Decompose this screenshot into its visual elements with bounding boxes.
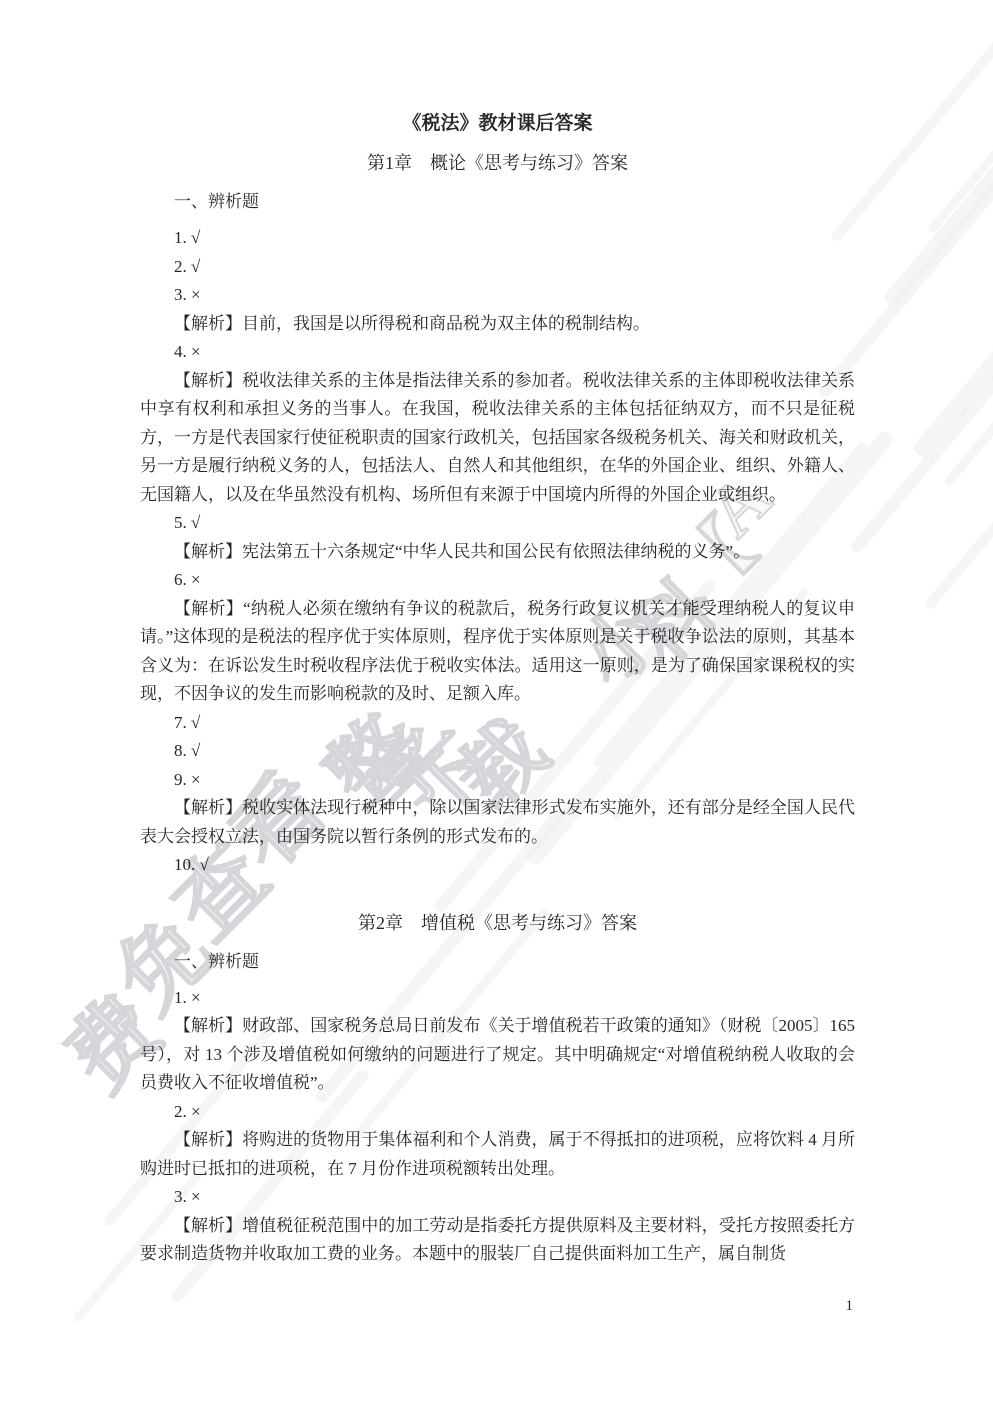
analysis-paragraph: 【解析】财政部、国家税务总局日前发布《关于增值税若干政策的通知》（财税〔2005… [140,1012,855,1098]
answer-line: 1. √ [140,224,855,253]
answer-line: 8. √ [140,737,855,766]
answer-line: 10. √ [140,851,855,880]
analysis-paragraph: 【解析】将购进的货物用于集体福利和个人消费，属于不得抵扣的进项税，应将饮料 4 … [140,1126,855,1183]
section-label: 一、辨析题 [140,948,855,976]
chapter-paragraphs: 1. ×【解析】财政部、国家税务总局日前发布《关于增值税若干政策的通知》（财税〔… [140,984,855,1269]
answer-line: 9. × [140,766,855,795]
answer-line: 7. √ [140,709,855,738]
section-label: 一、辨析题 [140,188,855,216]
document-title: 《税法》教材课后答案 [140,112,855,136]
document-content: 《税法》教材课后答案 第1章 概论《思考与练习》答案 一、辨析题 1. √2. … [0,0,993,1269]
document-page: 费免查看整学下载小科【A 《税法》教材课后答案 第1章 概论《思考与练习》答案 … [0,0,993,1404]
analysis-paragraph: 【解析】目前，我国是以所得税和商品税为双主体的税制结构。 [140,310,855,339]
chapter: 第2章 增值税《思考与练习》答案 一、辨析题 1. ×【解析】财政部、国家税务总… [140,910,855,1269]
answer-line: 3. × [140,281,855,310]
answer-line: 3. × [140,1183,855,1212]
answer-line: 1. × [140,984,855,1013]
answer-line: 5. √ [140,509,855,538]
analysis-paragraph: 【解析】增值税征税范围中的加工劳动是指委托方提供原料及主要材料，受托方按照委托方… [140,1212,855,1269]
chapters-container: 第1章 概论《思考与练习》答案 一、辨析题 1. √2. √3. ×【解析】目前… [140,150,855,1269]
page-number: 1 [846,1296,854,1316]
answer-line: 4. × [140,338,855,367]
chapter: 第1章 概论《思考与练习》答案 一、辨析题 1. √2. √3. ×【解析】目前… [140,150,855,880]
answer-line: 6. × [140,566,855,595]
chapter-paragraphs: 1. √2. √3. ×【解析】目前，我国是以所得税和商品税为双主体的税制结构。… [140,224,855,880]
analysis-paragraph: 【解析】宪法第五十六条规定“中华人民共和国公民有依照法律纳税的义务”。 [140,538,855,567]
analysis-paragraph: 【解析】“纳税人必须在缴纳有争议的税款后，税务行政复议机关才能受理纳税人的复议申… [140,595,855,709]
analysis-paragraph: 【解析】税收实体法现行税种中，除以国家法律形式发布实施外，还有部分是经全国人民代… [140,794,855,851]
analysis-paragraph: 【解析】税收法律关系的主体是指法律关系的参加者。税收法律关系的主体即税收法律关系… [140,367,855,510]
answer-line: 2. × [140,1098,855,1127]
chapter-heading: 第1章 概论《思考与练习》答案 [140,150,855,176]
chapter-heading: 第2章 增值税《思考与练习》答案 [140,910,855,936]
answer-line: 2. √ [140,253,855,282]
